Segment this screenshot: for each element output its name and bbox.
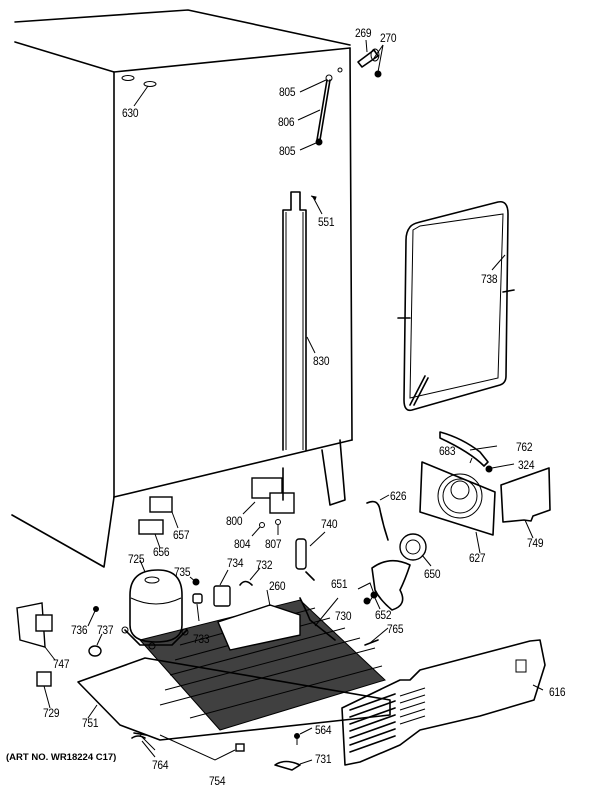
label-657: 657	[173, 529, 189, 541]
label-729: 729	[43, 707, 59, 719]
hinge-drawing	[358, 40, 383, 77]
exploded-parts-diagram	[0, 0, 592, 789]
label-627: 627	[469, 552, 485, 564]
label-738: 738	[481, 273, 497, 285]
label-651: 651	[331, 578, 347, 590]
label-652: 652	[375, 609, 391, 621]
label-725: 725	[128, 553, 144, 565]
label-626: 626	[390, 490, 406, 502]
label-269: 269	[355, 27, 371, 39]
label-730: 730	[335, 610, 351, 622]
water-valve-drawing	[243, 468, 294, 536]
label-260: 260	[269, 580, 285, 592]
label-324: 324	[518, 459, 534, 471]
label-805-lower: 805	[279, 145, 295, 157]
label-807: 807	[265, 538, 281, 550]
label-564: 564	[315, 724, 331, 736]
label-630-top: 630	[122, 107, 138, 119]
label-734: 734	[227, 557, 243, 569]
label-747: 747	[53, 658, 69, 670]
channel-drawing	[283, 192, 322, 450]
label-805-upper: 805	[279, 86, 295, 98]
label-656: 656	[153, 546, 169, 558]
label-650: 650	[424, 568, 440, 580]
label-735: 735	[174, 566, 190, 578]
label-751: 751	[82, 717, 98, 729]
label-732: 732	[256, 559, 272, 571]
grille-slots	[350, 688, 425, 752]
label-731: 731	[315, 753, 331, 765]
art-number: (ART NO. WR18224 C17)	[6, 752, 116, 763]
rod-drawing	[298, 75, 332, 150]
label-616: 616	[549, 686, 565, 698]
label-737: 737	[97, 624, 113, 636]
label-733: 733	[193, 633, 209, 645]
label-806: 806	[278, 116, 294, 128]
relay-drawing	[214, 568, 260, 606]
label-765: 765	[387, 623, 403, 635]
label-764: 764	[152, 759, 168, 771]
cabinet-drawing	[12, 10, 352, 567]
label-800: 800	[226, 515, 242, 527]
label-749: 749	[527, 537, 543, 549]
label-754: 754	[209, 775, 225, 787]
label-551: 551	[318, 216, 334, 228]
left-parts-drawing	[17, 603, 102, 708]
label-270: 270	[380, 32, 396, 44]
capacitor-drawing	[296, 532, 325, 580]
label-736: 736	[71, 624, 87, 636]
label-830: 830	[313, 355, 329, 367]
label-683: 683	[439, 445, 455, 457]
label-804: 804	[234, 538, 250, 550]
label-762: 762	[516, 441, 532, 453]
heater-loop-drawing	[398, 202, 514, 411]
label-740: 740	[321, 518, 337, 530]
